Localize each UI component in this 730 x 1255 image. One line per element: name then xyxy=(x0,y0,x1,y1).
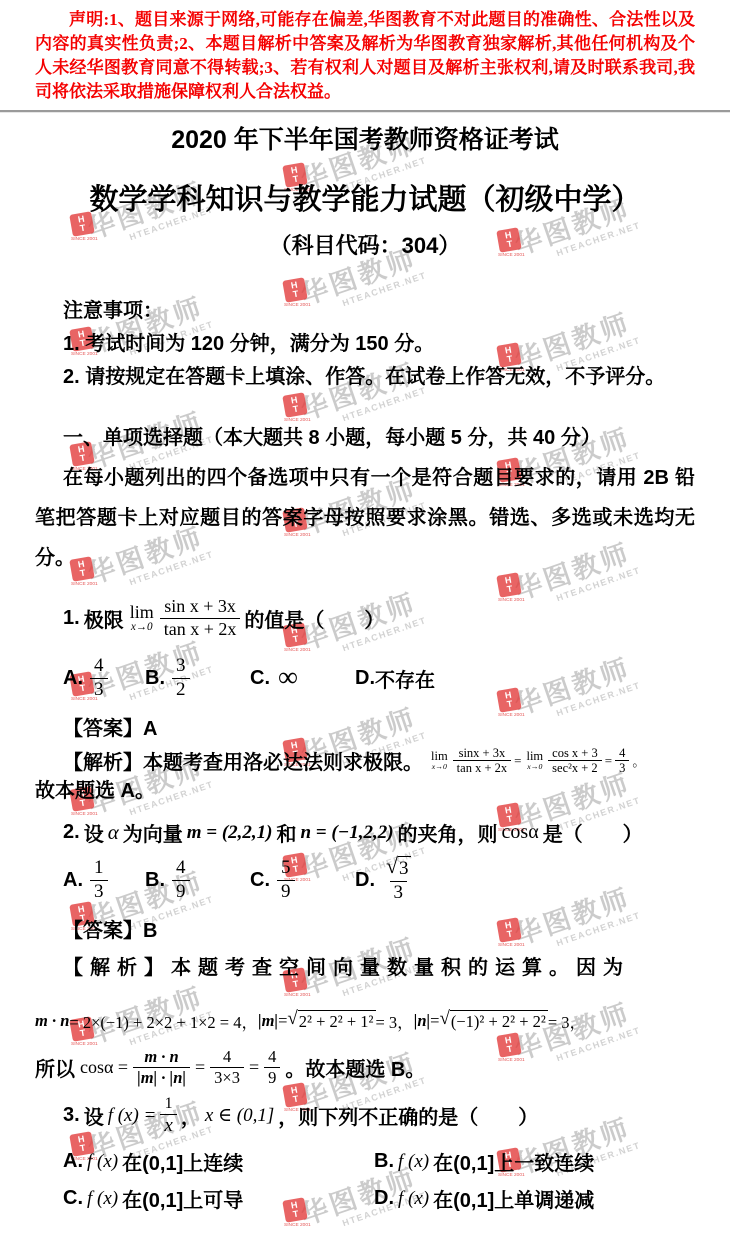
infinity-symbol: ∞ xyxy=(278,664,298,692)
q3-fraction: 1 x xyxy=(160,1094,176,1137)
fraction-numerator: 4 xyxy=(90,655,108,678)
question-1-stem: 1. 极限 lim x→0 sin x + 3x tan x + 2x 的值是（… xyxy=(35,588,695,648)
option-fraction: 3 2 xyxy=(172,655,190,702)
option-label: C. xyxy=(63,1187,83,1210)
option-label: A. xyxy=(63,1150,83,1173)
q2-analysis-lead: 【解析】本题考查空间向量数量积的运算。因为 xyxy=(35,952,695,984)
exam-paper-page: 华图教师HTEACHER.NETHTSINCE 2001华图教师HTEACHER… xyxy=(0,0,730,1255)
document-content: 声明:1、题目来源于网络,可能存在偏差,华图教育不对此题目的准确性、合法性以及内… xyxy=(0,8,730,1213)
q1-analysis: 【解析】本题考查用洛必达法则求极限。 lim x→0 sinx + 3x tan… xyxy=(35,746,695,776)
q1-option-b: B. 3 2 xyxy=(145,655,250,702)
radical-sign: √ xyxy=(386,856,398,878)
vector-n: n = (−1,2,2) xyxy=(300,822,393,844)
option-fraction-sqrt: √3 3 xyxy=(382,856,415,905)
limit-subscript: x→0 xyxy=(527,763,542,771)
period: 。 xyxy=(632,751,645,770)
limit-word: lim xyxy=(130,603,154,622)
option-label: D. xyxy=(374,1187,394,1210)
dot-product: m · n xyxy=(35,1011,69,1031)
q2-conclusion-text: 。故本题选 B。 xyxy=(285,1053,425,1082)
fraction-denominator: 9 xyxy=(172,880,190,904)
q1-option-a: A. 4 3 xyxy=(63,655,145,702)
option-text: 不存在 xyxy=(375,664,435,693)
fraction-numerator: 4 xyxy=(264,1047,280,1067)
vector-m: m = (2,2,1) xyxy=(187,822,273,844)
cos-alpha-equals: cosα = xyxy=(80,1057,128,1078)
sqrt-expression: √(−1)² + 2² + 2² xyxy=(439,1010,547,1032)
question-1-options: A. 4 3 B. 3 2 C. ∞ D. 不存在 xyxy=(35,654,695,702)
radical-sign: √ xyxy=(287,1010,297,1029)
equals-sign: = xyxy=(430,1011,439,1031)
radicand: 2² + 2² + 1² xyxy=(298,1010,376,1032)
question-3-stem: 3. 设 f (x) = 1 x ， x ∈ (0,1] ，则下列不正确的是（ … xyxy=(35,1094,695,1137)
math-fraction: 4 3 xyxy=(615,746,629,776)
q2-option-d: D. √3 3 xyxy=(355,856,415,905)
function-fx: f (x) xyxy=(87,1188,118,1210)
math-fraction: sinx + 3x tan x + 2x xyxy=(453,746,511,776)
option-fraction: 4 9 xyxy=(172,857,190,904)
radicand: (−1)² + 2² + 2² xyxy=(450,1010,548,1032)
option-text: 在(0,1]上一致连续 xyxy=(433,1147,594,1176)
fraction-numerator: m · n xyxy=(140,1047,182,1067)
option-fraction: 4 3 xyxy=(90,655,108,702)
q3-option-c: C. f (x) 在(0,1]上可导 xyxy=(63,1184,374,1213)
fraction-denominator: 3×3 xyxy=(210,1067,244,1088)
q1-option-c: C. ∞ xyxy=(250,664,355,692)
option-fraction: 1 3 xyxy=(90,857,108,904)
fraction-numerator: 5 xyxy=(277,857,295,880)
q2-option-b: B. 4 9 xyxy=(145,857,250,904)
function-fx: f (x) xyxy=(398,1188,429,1210)
math-text: = 2×(−1) + 2×2 + 1×2 = 4， xyxy=(69,1009,258,1033)
option-label: A. xyxy=(63,667,83,690)
fraction-numerator: 4 xyxy=(615,746,629,760)
option-label: A. xyxy=(63,869,83,892)
option-label: B. xyxy=(145,667,165,690)
radicand: 3 xyxy=(398,856,411,881)
option-text: 在(0,1]上单调递减 xyxy=(433,1184,594,1213)
option-text: 在(0,1]上可导 xyxy=(122,1184,243,1213)
math-fraction: 4 3×3 xyxy=(210,1047,244,1088)
math-fraction: 4 9 xyxy=(264,1047,280,1088)
question-2-options: A. 1 3 B. 4 9 C. 5 9 xyxy=(35,856,695,905)
option-label: B. xyxy=(145,869,165,892)
q2-conclusion-line: 所以 cosα = m · n |m| · |n| = 4 3×3 = 4 9 … xyxy=(35,1046,695,1088)
fraction-denominator: 3 xyxy=(390,881,408,905)
question-3-number: 3. xyxy=(63,1104,80,1127)
fraction-denominator: 3 xyxy=(90,880,108,904)
option-label: B. xyxy=(374,1150,394,1173)
fraction-numerator: cos x + 3 xyxy=(548,746,602,760)
q2-text: 和 xyxy=(276,818,296,847)
fraction-denominator: 3 xyxy=(90,678,108,702)
q2-option-a: A. 1 3 xyxy=(63,857,145,904)
question-3-options: A. f (x) 在(0,1]上连续 B. f (x) 在(0,1]上一致连续 … xyxy=(35,1147,695,1213)
q2-text: 为向量 xyxy=(123,818,183,847)
math-text: = 3， xyxy=(548,1009,586,1033)
q2-analysis-math-line: m · n = 2×(−1) + 2×2 + 1×2 = 4， |m| = √2… xyxy=(35,1004,695,1038)
q1-fraction: sin x + 3x tan x + 2x xyxy=(160,596,241,640)
answer-value: A xyxy=(143,718,157,740)
fraction-denominator: 2 xyxy=(172,678,190,702)
option-label: C. xyxy=(250,667,270,690)
fraction-numerator: 4 xyxy=(172,857,190,880)
notice-item-2: 2. 请按规定在答题卡上填涂、作答。在试卷上作答无效，不予评分。 xyxy=(35,361,695,394)
q1-pre-text: 极限 xyxy=(84,604,124,633)
fraction-denominator: 9 xyxy=(264,1067,280,1088)
q3-text: 设 xyxy=(84,1101,104,1130)
option-text: 在(0,1]上连续 xyxy=(122,1147,243,1176)
function-fx: f (x) xyxy=(87,1151,118,1173)
q1-analysis-math: lim x→0 sinx + 3x tan x + 2x = lim x→0 c… xyxy=(429,746,645,776)
question-1-number: 1. xyxy=(63,607,80,630)
equals-sign: = xyxy=(249,1057,259,1078)
fraction-denominator: sec²x + 2 xyxy=(548,760,602,775)
magnitude-m: |m| xyxy=(258,1011,278,1031)
notice-item-1: 1. 考试时间为 120 分钟，满分为 150 分。 xyxy=(35,328,695,361)
q1-option-d: D. 不存在 xyxy=(355,664,435,693)
fraction-denominator: 9 xyxy=(277,880,295,904)
q1-conclusion: 故本题选 A。 xyxy=(35,776,695,806)
option-label: C. xyxy=(250,869,270,892)
section-instructions: 在每小题列出的四个备选项中只有一个是符合题目要求的，请用 2B 铅笔把答题卡上对… xyxy=(35,458,695,578)
sqrt-expression: √3 xyxy=(386,856,411,881)
q2-option-c: C. 5 9 xyxy=(250,857,355,904)
radical-sign: √ xyxy=(439,1010,449,1029)
math-fraction: cos x + 3 sec²x + 2 xyxy=(548,746,602,776)
sqrt-expression: √2² + 2² + 1² xyxy=(287,1010,375,1032)
fraction-denominator: tan x + 2x xyxy=(453,760,511,775)
section-heading: 一、单项选择题（本大题共 8 小题，每小题 5 分，共 40 分） xyxy=(35,418,695,458)
limit-notation: lim x→0 xyxy=(431,750,448,771)
fraction-denominator: x xyxy=(160,1114,176,1138)
magnitude-n: |n| xyxy=(414,1011,430,1031)
q2-text: 设 xyxy=(84,818,104,847)
answer-label: 【答案】 xyxy=(63,718,143,740)
answer-value: B xyxy=(143,920,157,942)
q3-option-b: B. f (x) 在(0,1]上一致连续 xyxy=(374,1147,695,1176)
math-fraction: m · n |m| · |n| xyxy=(133,1047,190,1088)
option-label: D. xyxy=(355,667,375,690)
q2-answer: 【答案】B xyxy=(35,916,695,946)
fraction-denominator: tan x + 2x xyxy=(160,618,241,641)
domain-interval: x ∈ (0,1] xyxy=(205,1104,274,1127)
fraction-numerator: 1 xyxy=(90,857,108,880)
limit-subscript: x→0 xyxy=(432,763,447,771)
fraction-denominator: 3 xyxy=(615,760,629,775)
function-fx: f (x) = xyxy=(108,1105,157,1127)
q2-text: 的夹角，则 xyxy=(398,818,498,847)
subject-code: （科目代码：304） xyxy=(35,232,695,259)
so-text: 所以 xyxy=(35,1053,75,1082)
math-text: = 3， xyxy=(376,1009,414,1033)
option-fraction: 5 9 xyxy=(277,857,295,904)
fraction-numerator: sinx + 3x xyxy=(455,746,510,760)
function-fx: f (x) xyxy=(398,1151,429,1173)
fraction-numerator: 4 xyxy=(219,1047,235,1067)
q1-answer: 【答案】A xyxy=(35,714,695,744)
option-label: D. xyxy=(355,869,375,892)
cos-alpha: cosα xyxy=(502,821,539,844)
paper-title: 数学学科知识与教学能力试题（初级中学） xyxy=(35,182,695,218)
fraction-numerator: 3 xyxy=(172,655,190,678)
q1-analysis-lead: 【解析】本题考查用洛必达法则求极限。 xyxy=(63,746,423,775)
disclaimer-text: 声明:1、题目来源于网络,可能存在偏差,华图教育不对此题目的准确性、合法性以及内… xyxy=(35,8,695,104)
equals-sign: = xyxy=(514,753,521,769)
answer-label: 【答案】 xyxy=(63,920,143,942)
q1-post-text: 的值是（ ） xyxy=(244,604,384,633)
notice-heading: 注意事项： xyxy=(35,295,695,328)
q2-text: 是（ ） xyxy=(543,818,643,847)
q3-option-a: A. f (x) 在(0,1]上连续 xyxy=(63,1147,374,1176)
equals-sign: = xyxy=(195,1057,205,1078)
limit-notation: lim x→0 xyxy=(130,603,154,634)
header-divider xyxy=(0,110,730,113)
question-2-number: 2. xyxy=(63,821,80,844)
fraction-numerator: √3 xyxy=(382,856,415,881)
q3-option-d: D. f (x) 在(0,1]上单调递减 xyxy=(374,1184,695,1213)
fraction-denominator: |m| · |n| xyxy=(133,1067,190,1088)
question-2-stem: 2. 设 α 为向量 m = (2,2,1) 和 n = (−1,2,2) 的夹… xyxy=(35,816,695,850)
limit-notation: lim x→0 xyxy=(526,750,543,771)
fraction-numerator: 1 xyxy=(161,1094,177,1113)
alpha-symbol: α xyxy=(108,820,119,845)
watermark-since-text: SINCE 2001 xyxy=(284,1223,305,1228)
comma: ， xyxy=(181,1101,201,1130)
fraction-numerator: sin x + 3x xyxy=(160,596,240,618)
equals-sign: = xyxy=(605,753,612,769)
limit-subscript: x→0 xyxy=(131,622,153,634)
exam-title: 2020 年下半年国考教师资格证考试 xyxy=(35,125,695,156)
q3-text: ，则下列不正确的是（ ） xyxy=(278,1101,538,1130)
equals-sign: = xyxy=(278,1011,287,1031)
